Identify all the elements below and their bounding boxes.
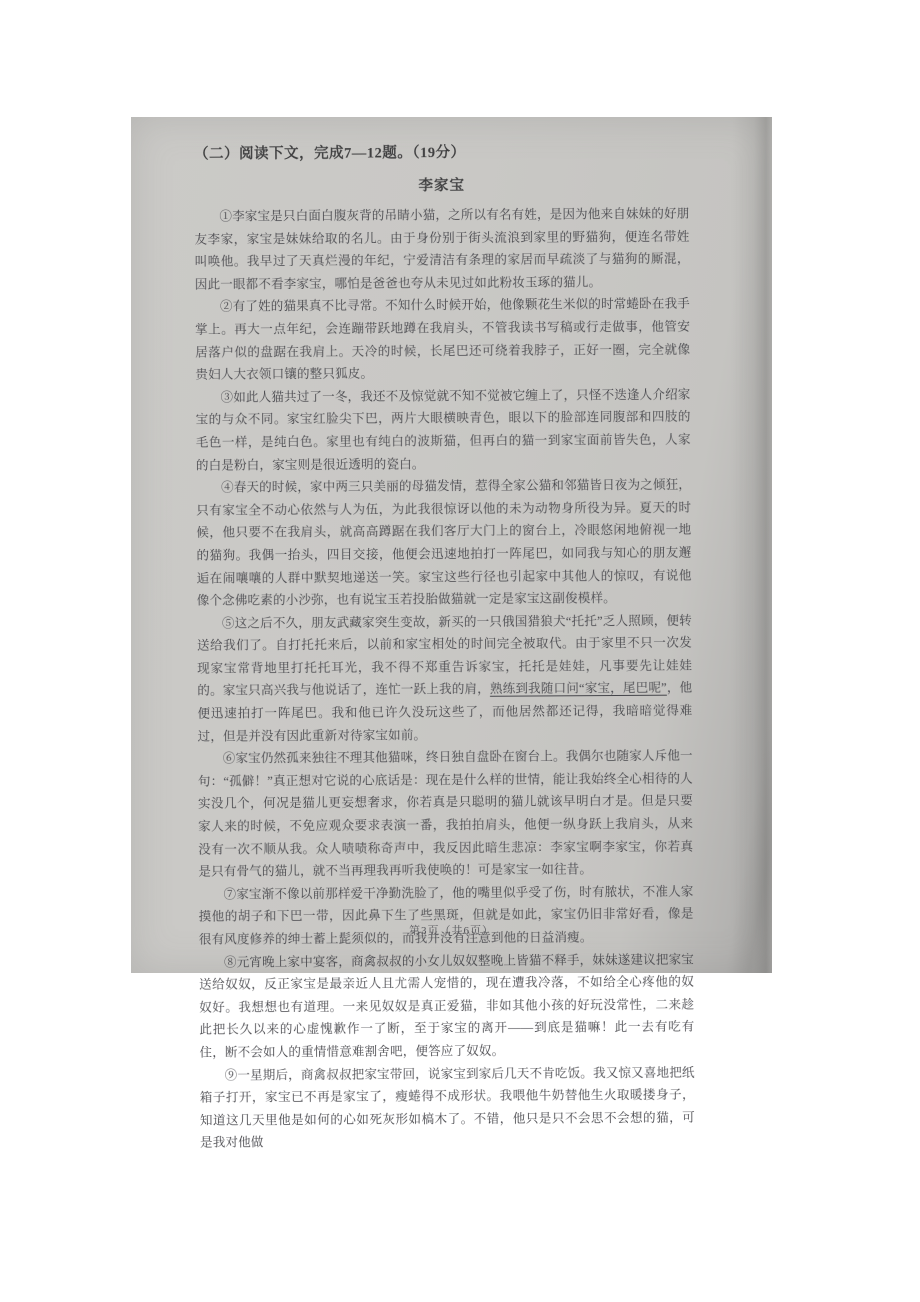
paragraph-5: ⑤这之后不久，朋友武藏家突生变故，新买的一只俄国猎狼犬“托托”乏人照顾，便转送给… [197, 609, 693, 748]
paragraph-4: ④春天的时候，家中两三只美丽的母猫发情，惹得全家公猫和邻猫皆日夜为之倾狂，只有家… [196, 474, 692, 613]
essay-body: ①李家宝是只白面白腹灰背的吊睛小猫，之所以有名有姓，是因为他来自妹妹的好朋友李家… [194, 203, 695, 1155]
section-header: （二）阅读下文，完成7—12题。（19分） [194, 140, 689, 164]
page-number-footer: 第3页（共6页） [131, 922, 772, 938]
exam-paper-page: （二）阅读下文，完成7—12题。（19分） 李家宝 ①李家宝是只白面白腹灰背的吊… [131, 117, 772, 973]
paragraph-3: ③如此人猫共过了一冬，我还不及惊觉就不知不觉被它缠上了，只怪不迭逢人介绍家宝的与… [195, 383, 691, 476]
paper-content: （二）阅读下文，完成7—12题。（19分） 李家宝 ①李家宝是只白面白腹灰背的吊… [128, 115, 775, 1155]
paragraph-7: ⑦家宝渐不像以前那样爱干净勤洗脸了，他的嘴里似乎受了伤，时有脓状，不准人家摸他的… [199, 880, 694, 951]
photo-background: （二）阅读下文，完成7—12题。（19分） 李家宝 ①李家宝是只白面白腹灰背的吊… [0, 0, 920, 1302]
essay-title: 李家宝 [194, 173, 689, 197]
paragraph-5-underlined-text: 熟练到我随口问“家宝，尾巴呢” [490, 681, 667, 696]
paragraph-8: ⑧元宵晚上家中宴客，商禽叔叔的小女儿奴奴整晚上皆猫不释手，妹妹遂建议把家宝送给奴… [199, 948, 695, 1064]
paragraph-6: ⑥家宝仍然孤来独往不理其他猫咪，终日独自盘卧在窗台上。我偶尔也随家人斥他一句：“… [198, 745, 694, 884]
paragraph-1: ①李家宝是只白面白腹灰背的吊睛小猫，之所以有名有姓，是因为他来自妹妹的好朋友李家… [194, 203, 690, 296]
paragraph-2: ②有了姓的猫果真不比寻常。不知什么时候开始，他像颗花生米似的时常蜷卧在我手掌上。… [195, 293, 691, 386]
paragraph-9: ⑨一星期后，商禽叔叔把家宝带回，说家宝到家后几天不肯吃饭。我又惊又喜地把纸箱子打… [200, 1061, 696, 1154]
